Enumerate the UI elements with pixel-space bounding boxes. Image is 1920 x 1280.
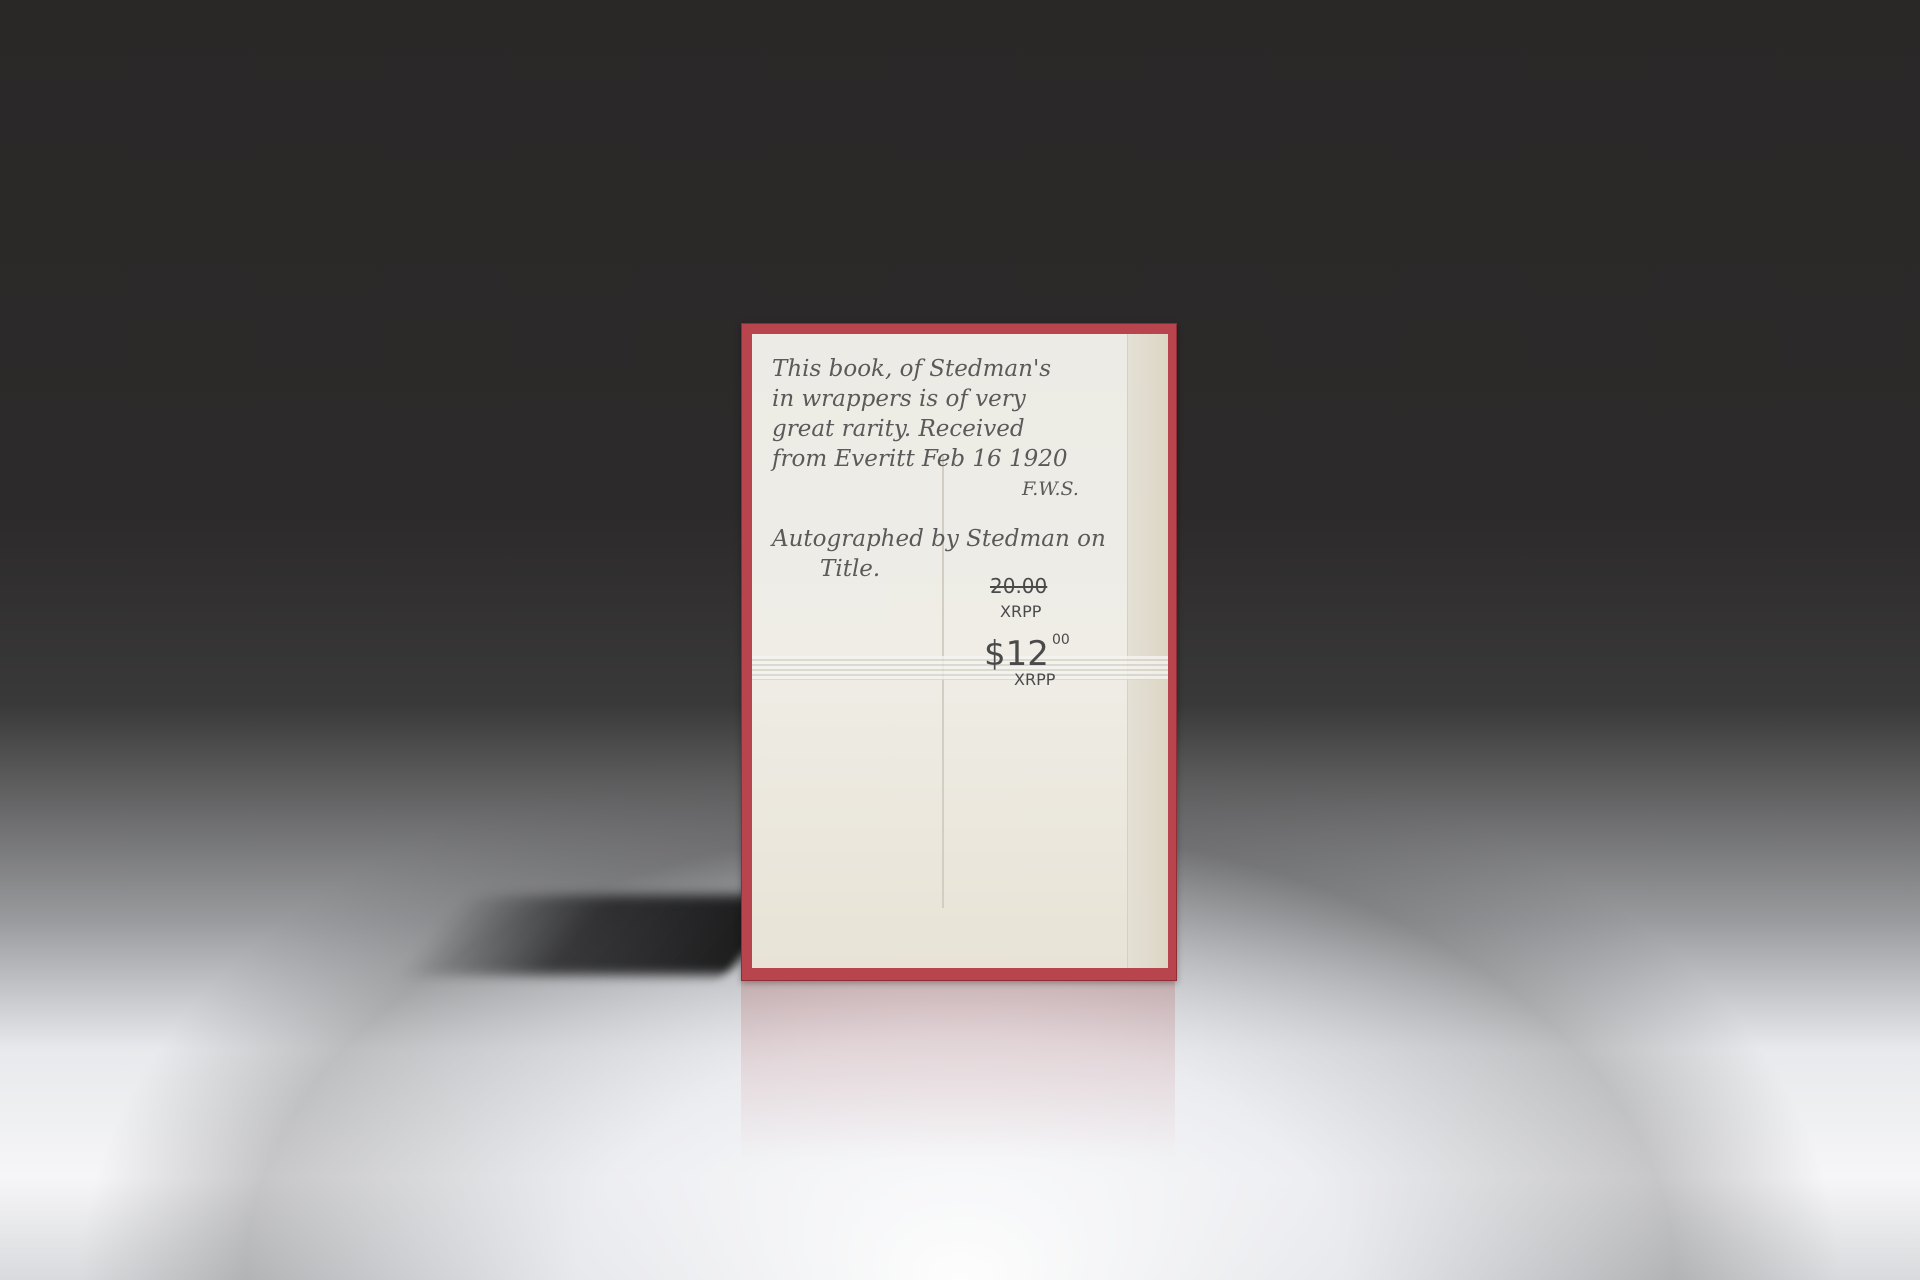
old-price-code: XRPP [1000, 602, 1041, 621]
horizontal-crease [752, 656, 1168, 680]
endpaper: This book, of Stedman's in wrappers is o… [752, 334, 1168, 968]
vertical-crease [942, 454, 944, 908]
initials: F.W.S. [772, 474, 1079, 504]
new-price-cents: 00 [1052, 632, 1070, 648]
inscription: This book, of Stedman's in wrappers is o… [772, 354, 1079, 504]
book-shadow [396, 895, 793, 975]
book-reflection [741, 980, 1175, 1280]
old-price: 20.00 [990, 574, 1047, 598]
inscription-line: from Everitt Feb 16 1920 [772, 444, 1079, 474]
inscription-line: great rarity. Received [772, 414, 1079, 444]
hinge-tape [1127, 334, 1168, 968]
autograph-line: Autographed by Stedman on [772, 524, 1106, 554]
inscription-line: This book, of Stedman's [772, 354, 1079, 384]
book-inside-cover: This book, of Stedman's in wrappers is o… [741, 323, 1177, 981]
autograph-line: Title. [772, 554, 1106, 584]
autograph-note: Autographed by Stedman on Title. [772, 524, 1106, 584]
new-price-code: XRPP [1014, 670, 1055, 689]
new-price: $12 [984, 634, 1049, 674]
inscription-line: in wrappers is of very [772, 384, 1079, 414]
